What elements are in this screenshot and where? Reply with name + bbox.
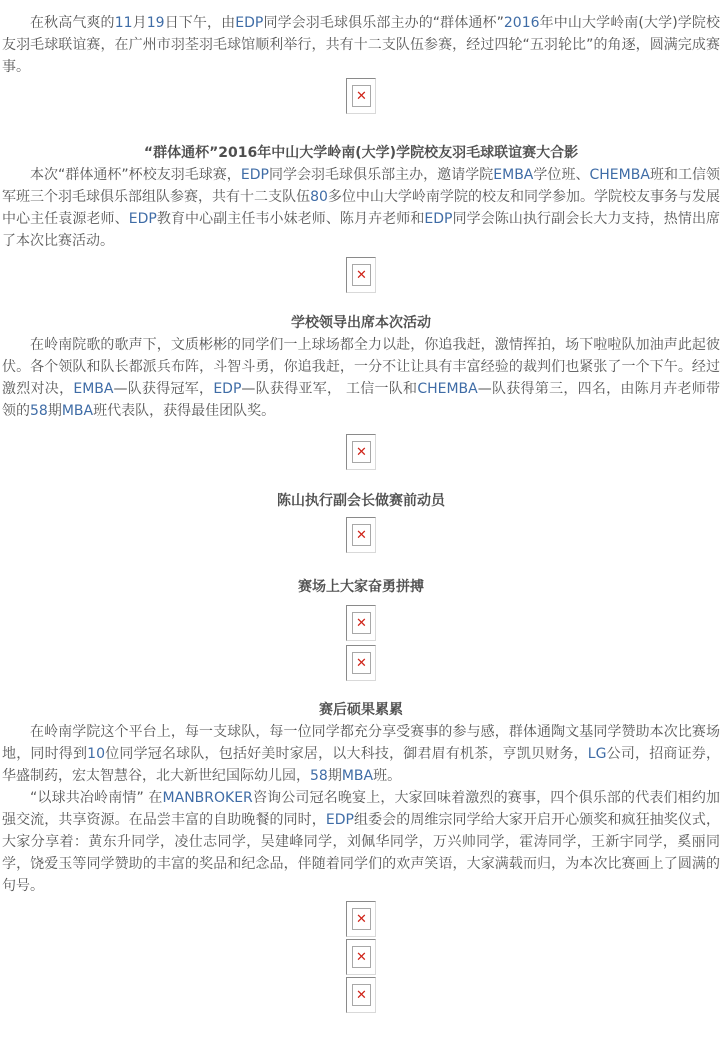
- match-results-paragraph: 在岭南院歌的歌声下，文质彬彬的同学们一上球场都全力以赴，你追我赶，激情挥拍，场下…: [2, 334, 720, 422]
- image-slot-4: ✕: [2, 517, 720, 553]
- broken-image-inner-frame: ✕: [352, 984, 371, 1006]
- broken-image-icon[interactable]: ✕: [346, 78, 376, 114]
- red-x-icon: ✕: [356, 269, 367, 282]
- broken-image-inner-frame: ✕: [352, 85, 371, 107]
- heading-court-action: 赛场上大家奋勇拼搏: [2, 576, 720, 598]
- broken-image-inner-frame: ✕: [352, 946, 371, 968]
- broken-image-inner-frame: ✕: [352, 612, 371, 634]
- red-x-icon: ✕: [356, 446, 367, 459]
- image-slot-8: ✕: [2, 939, 720, 975]
- broken-image-icon[interactable]: ✕: [346, 434, 376, 470]
- image-slot-6: ✕: [2, 645, 720, 681]
- image-slot-3: ✕: [2, 434, 720, 470]
- broken-image-inner-frame: ✕: [352, 441, 371, 463]
- banquet-paragraph: “以球共冶岭南情” 在MANBROKER咨询公司冠名晚宴上，大家回味着激烈的赛事…: [2, 787, 720, 897]
- heading-school-leaders: 学校领导出席本次活动: [2, 312, 720, 334]
- broken-image-icon[interactable]: ✕: [346, 645, 376, 681]
- sponsors-paragraph: 在岭南学院这个平台上，每一支球队，每一位同学都充分享受赛事的参与感，群体通陶文基…: [2, 721, 720, 787]
- broken-image-icon[interactable]: ✕: [346, 517, 376, 553]
- red-x-icon: ✕: [356, 913, 367, 926]
- image-slot-2: ✕: [2, 257, 720, 293]
- image-slot-1: ✕: [2, 78, 720, 114]
- heading-pre-match-mobilization: 陈山执行副会长做赛前动员: [2, 490, 720, 512]
- intro-paragraph: 在秋高气爽的11月19日下午，由EDP同学会羽毛球俱乐部主办的“群体通杯”201…: [2, 12, 720, 78]
- broken-image-icon[interactable]: ✕: [346, 257, 376, 293]
- broken-image-inner-frame: ✕: [352, 524, 371, 546]
- image-slot-7: ✕: [2, 901, 720, 937]
- heading-group-photo: “群体通杯”2016年中山大学岭南(大学)学院校友羽毛球联谊赛大合影: [2, 142, 720, 164]
- red-x-icon: ✕: [356, 989, 367, 1002]
- red-x-icon: ✕: [356, 529, 367, 542]
- image-slot-9: ✕: [2, 977, 720, 1013]
- red-x-icon: ✕: [356, 617, 367, 630]
- broken-image-icon[interactable]: ✕: [346, 939, 376, 975]
- broken-image-inner-frame: ✕: [352, 652, 371, 674]
- heading-post-match-harvest: 赛后硕果累累: [2, 699, 720, 721]
- broken-image-inner-frame: ✕: [352, 908, 371, 930]
- image-slot-5: ✕: [2, 605, 720, 641]
- broken-image-inner-frame: ✕: [352, 264, 371, 286]
- red-x-icon: ✕: [356, 657, 367, 670]
- broken-image-icon[interactable]: ✕: [346, 605, 376, 641]
- red-x-icon: ✕: [356, 90, 367, 103]
- broken-image-icon[interactable]: ✕: [346, 977, 376, 1013]
- tournament-overview-paragraph: 本次“群体通杯”杯校友羽毛球赛，EDP同学会羽毛球俱乐部主办，邀请学院EMBA学…: [2, 164, 720, 252]
- red-x-icon: ✕: [356, 951, 367, 964]
- broken-image-icon[interactable]: ✕: [346, 901, 376, 937]
- article-page: 在秋高气爽的11月19日下午，由EDP同学会羽毛球俱乐部主办的“群体通杯”201…: [0, 0, 723, 1043]
